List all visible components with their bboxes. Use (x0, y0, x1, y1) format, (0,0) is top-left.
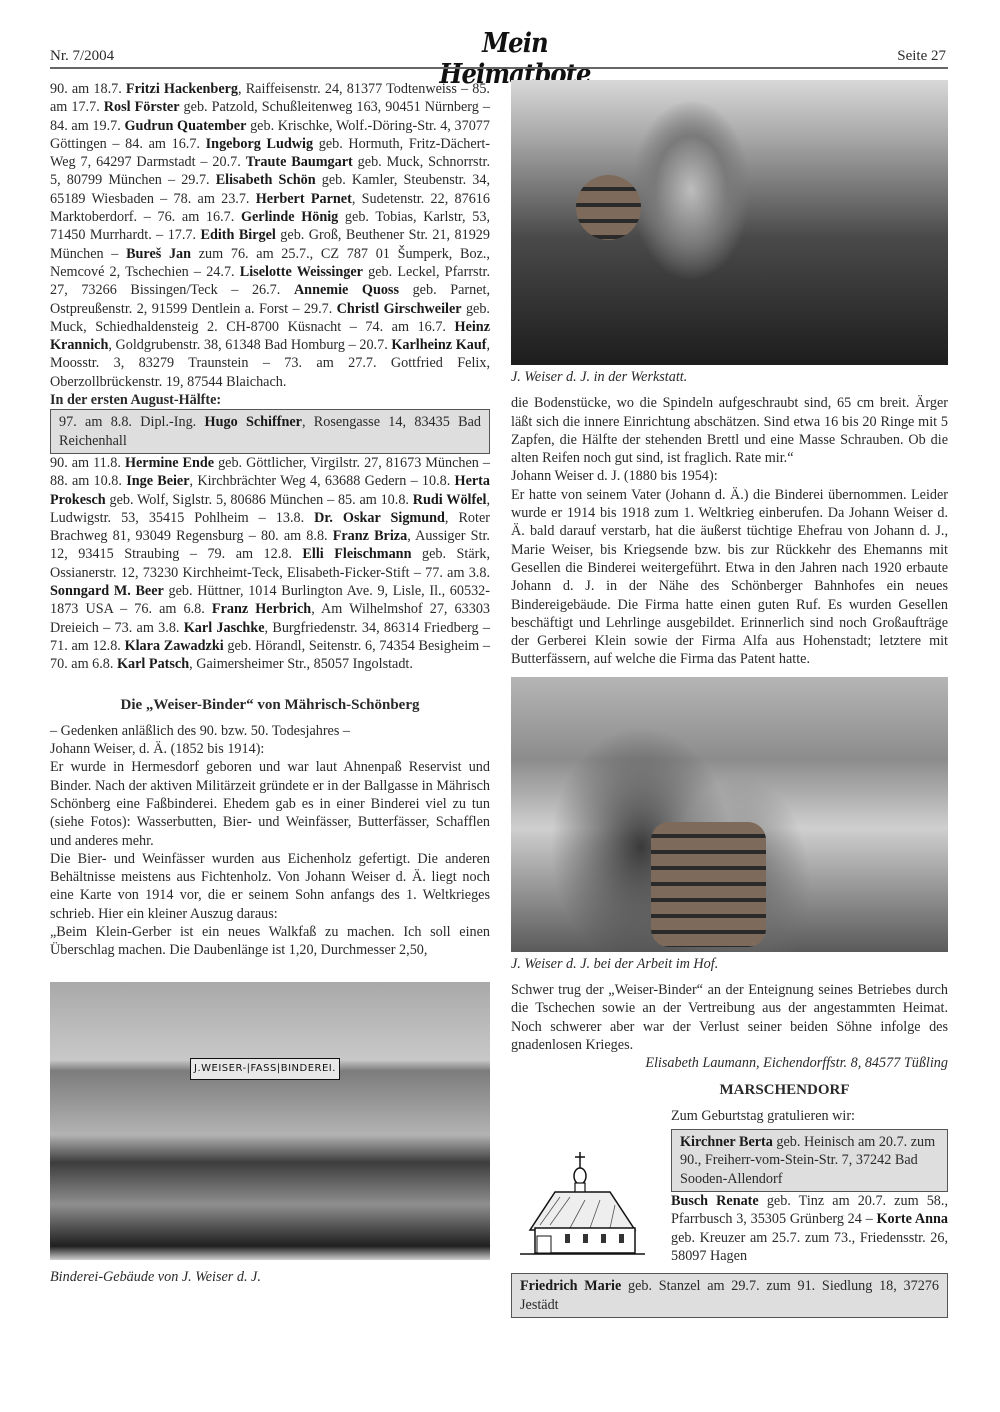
person-name: Kirchner Berta (680, 1134, 773, 1150)
person-name: Elli Fleischmann (302, 546, 411, 562)
person-name: Sonngard M. Beer (50, 583, 164, 599)
article-person-heading: Johann Weiser, d. Ä. (1852 bis 1914): (50, 740, 490, 758)
birthday-list-july: 90. am 18.7. Fritzi Hackenberg, Raiffeis… (50, 80, 490, 391)
barrel-lid-image (576, 175, 641, 240)
article-quote: „Beim Klein-Gerber ist ein neues Walkfaß… (50, 923, 490, 960)
person-name: Karl Patsch (117, 656, 189, 672)
article-subtitle: – Gedenken anläßlich des 90. bzw. 50. To… (50, 722, 490, 740)
header-rule (50, 67, 948, 69)
article-person-heading: Johann Weiser d. J. (1880 bis 1954): (511, 467, 948, 485)
highlighted-birthday-box: 97. am 8.8. Dipl.-Ing. Hugo Schiffner, R… (50, 409, 490, 454)
photo-caption: Binderei-Gebäude von J. Weiser d. J. (50, 1268, 490, 1286)
photo-workshop (511, 80, 948, 365)
article-paragraph: Er hatte von seinem Vater (Johann d. Ä.)… (511, 486, 948, 669)
person-name: Liselotte Weissinger (240, 264, 363, 280)
person-name: Elisabeth Schön (216, 172, 316, 188)
person-name: Hugo Schiffner (205, 414, 302, 430)
person-name: Hermine Ende (125, 455, 214, 471)
person-name: Herbert Parnet (256, 191, 352, 207)
person-name: Dr. Oskar Sigmund (314, 510, 445, 526)
person-name: Franz Herbrich (212, 601, 311, 617)
church-illustration-icon (515, 1150, 650, 1260)
article-paragraph: Schwer trug der „Weiser-Binder“ an der E… (511, 981, 948, 1054)
article-author: Elisabeth Laumann, Eichendorffstr. 8, 84… (511, 1054, 948, 1072)
person-name: Friedrich Marie (520, 1278, 621, 1294)
person-name: Traute Baumgart (246, 154, 353, 170)
article-paragraph: Er wurde in Hermesdorf geboren und war l… (50, 758, 490, 849)
photo-yard-work (511, 677, 948, 952)
article-title: Die „Weiser-Binder“ von Mährisch-Schönbe… (50, 696, 490, 714)
person-name: Franz Briza (333, 528, 407, 544)
person-name: Rudi Wölfel (413, 492, 487, 508)
barrel-image (651, 822, 766, 947)
person-name: Bureš Jan (126, 246, 191, 262)
person-name: Annemie Quoss (294, 282, 399, 298)
person-name: Edith Birgel (201, 227, 276, 243)
section-title: MARSCHENDORF (621, 1081, 948, 1099)
left-column: 90. am 18.7. Fritzi Hackenberg, Raiffeis… (50, 80, 490, 1294)
highlighted-birthday-box: Friedrich Marie geb. Stanzel am 29.7. zu… (511, 1273, 948, 1318)
person-name: Christl Girschweiler (337, 301, 462, 317)
august-heading: In der ersten August-Hälfte: (50, 391, 490, 409)
person-name: Gerlinde Hönig (241, 209, 338, 225)
section-intro: Zum Geburtstag gratulieren wir: (671, 1107, 948, 1125)
birthday-entry: Busch Renate geb. Tinz am 20.7. zum 58.,… (671, 1192, 948, 1265)
person-name: Inge Beier (126, 473, 189, 489)
person-name: Klara Zawadzki (125, 638, 224, 654)
person-name: Korte Anna (876, 1211, 948, 1227)
page-number: Seite 27 (897, 48, 946, 65)
photo-binderei-building: J.WEISER-|FASS|BINDEREI. (50, 982, 490, 1260)
right-column: J. Weiser d. J. in der Werkstatt. die Bo… (511, 80, 948, 1318)
person-name: Busch Renate (671, 1193, 759, 1209)
highlighted-birthday-box: Kirchner Berta geb. Heinisch am 20.7. zu… (671, 1129, 948, 1192)
article-paragraph: Die Bier- und Weinfässer wurden aus Eich… (50, 850, 490, 923)
photo-caption: J. Weiser d. J. bei der Arbeit im Hof. (511, 955, 948, 973)
marschendorf-section: MARSCHENDORF Zum Geburtstag gratulieren … (671, 1081, 948, 1266)
person-name: Ingeborg Ludwig (206, 136, 313, 152)
person-name: Rosl Förster (104, 99, 180, 115)
birthday-list-august: 90. am 11.8. Hermine Ende geb. Göttliche… (50, 454, 490, 674)
issue-number: Nr. 7/2004 (50, 48, 114, 65)
photo-caption: J. Weiser d. J. in der Werkstatt. (511, 368, 948, 386)
person-name: Fritzi Hackenberg (126, 81, 238, 97)
person-name: Gudrun Quatember (124, 118, 246, 134)
person-name: Karl Jaschke (184, 620, 265, 636)
article-quote: die Bodenstücke, wo die Spindeln aufgesc… (511, 394, 948, 467)
person-name: Karlheinz Kauf (391, 337, 486, 353)
building-sign: J.WEISER-|FASS|BINDEREI. (190, 1058, 340, 1080)
